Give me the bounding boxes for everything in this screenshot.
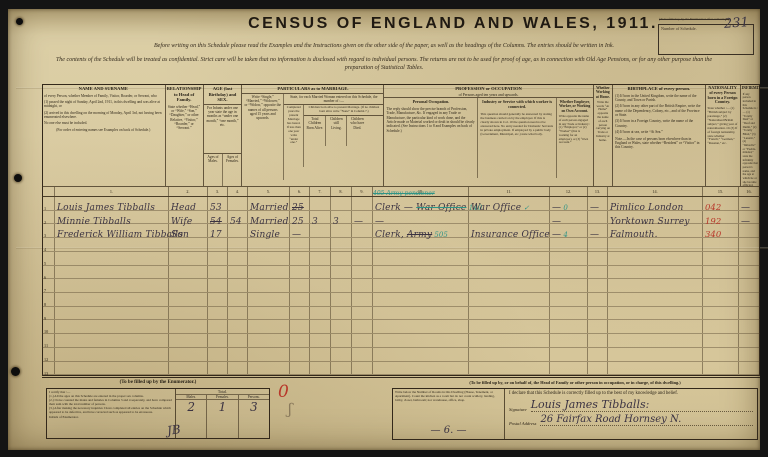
entry-cell xyxy=(227,279,247,292)
entry-cell xyxy=(207,334,227,347)
column-number: 1. xyxy=(54,187,168,196)
column-number: 9. xyxy=(351,187,372,196)
entry-cell xyxy=(289,348,309,361)
col-header-occupation: PROFESSION or OCCUPATION of Persons aged… xyxy=(383,84,592,186)
entry-cell xyxy=(289,279,309,292)
entry-cell xyxy=(289,362,309,375)
entry-cell: — xyxy=(738,197,759,210)
entry-cell xyxy=(330,238,351,251)
row-number-cell: 10 xyxy=(42,320,54,333)
entry-cell xyxy=(351,307,372,320)
entry-cell: — xyxy=(289,224,309,237)
entry-cell xyxy=(587,266,607,279)
entry-cell xyxy=(330,224,351,237)
entry-cell xyxy=(351,334,372,347)
column-number: 6. xyxy=(289,187,309,196)
entry-cell xyxy=(54,362,168,375)
entry-cell xyxy=(351,266,372,279)
entry-cell xyxy=(207,238,227,251)
col-header-at-home: Whether Working at Home. Write the words… xyxy=(593,84,612,186)
entry-cell: 042 xyxy=(702,197,738,210)
entry-cell xyxy=(738,362,759,375)
entry-cell xyxy=(309,266,330,279)
entry-cell xyxy=(247,320,289,333)
entry-cell xyxy=(468,307,549,320)
column-number: 4. xyxy=(227,187,247,196)
row-number-cell: 8 xyxy=(42,293,54,306)
entry-cell xyxy=(607,307,702,320)
entry-cell xyxy=(587,334,607,347)
entry-cell xyxy=(549,238,587,251)
col-header-employer-worker: Whether Employer, Worker, or Working on … xyxy=(556,98,593,178)
column-number: 7. xyxy=(309,187,330,196)
row-number-cell: 11 xyxy=(42,334,54,347)
entry-cell xyxy=(207,348,227,361)
entry-cell xyxy=(227,252,247,265)
entry-cell xyxy=(607,266,702,279)
row-number-cell: 3 xyxy=(42,224,54,237)
entry-cell xyxy=(227,334,247,347)
entry-cell xyxy=(247,279,289,292)
entry-cell xyxy=(54,307,168,320)
row-number-cell: 6 xyxy=(42,266,54,279)
row-number-cell: 5 xyxy=(42,252,54,265)
punch-hole xyxy=(11,367,20,376)
handwritten-entry: 405 Army pensioner xyxy=(373,190,435,197)
entry-cell xyxy=(372,252,468,265)
col-header-children-died: Children who have Died. xyxy=(346,116,367,146)
table-rows: 1Louis James TibballsHead53Married25405 … xyxy=(42,197,760,376)
table-row: 2Minnie TibballsWife5454Married2533———Yo… xyxy=(42,211,760,225)
entry-cell xyxy=(289,334,309,347)
entry-cell xyxy=(607,279,702,292)
entry-cell xyxy=(549,362,587,375)
entry-cell: 192 xyxy=(702,211,738,224)
enumerator-certification: I certify that :— (1.) All the ages on t… xyxy=(47,389,175,438)
col-header-age: AGE (last Birthday) and SEX. For Infants… xyxy=(203,84,242,186)
entry-cell: — 4 xyxy=(549,224,587,237)
entry-cell: — xyxy=(738,211,759,224)
entry-cell xyxy=(372,334,468,347)
entry-cell xyxy=(227,307,247,320)
entry-cell xyxy=(54,238,168,251)
entry-cell xyxy=(607,320,702,333)
entry-cell: — xyxy=(587,224,607,237)
entry-cell xyxy=(168,334,207,347)
entry-cell xyxy=(587,307,607,320)
entry-cell xyxy=(738,252,759,265)
entry-cell xyxy=(351,238,372,251)
column-number: 12. xyxy=(549,187,587,196)
entry-cell xyxy=(587,293,607,306)
entry-cell xyxy=(587,252,607,265)
rooms-value: — 6. — xyxy=(393,425,504,437)
page-title: CENSUS OF ENGLAND AND WALES, 1911. xyxy=(248,15,658,33)
entry-cell xyxy=(168,307,207,320)
col-header-marital-status: Write “Single,” “Married,” “Widower,” or… xyxy=(242,94,283,180)
postal-address-label: Postal Address xyxy=(509,421,536,426)
table-row: 3Frederick William TibballsSon17Single—C… xyxy=(42,224,760,238)
entry-cell xyxy=(168,266,207,279)
entry-cell xyxy=(738,320,759,333)
entry-cell xyxy=(607,293,702,306)
entry-cell xyxy=(309,348,330,361)
entry-cell xyxy=(330,197,351,210)
entry-cell: 340 xyxy=(702,224,738,237)
entry-cell: 54 xyxy=(207,211,227,224)
entry-cell xyxy=(587,320,607,333)
entry-cell: — xyxy=(372,211,468,224)
entry-cell xyxy=(247,334,289,347)
colnum-gutter xyxy=(42,187,54,196)
row-number-cell: 4 xyxy=(42,238,54,251)
entry-cell xyxy=(738,238,759,251)
entry-cell xyxy=(247,252,289,265)
entry-cell xyxy=(372,307,468,320)
entry-cell xyxy=(207,293,227,306)
entry-cell xyxy=(330,252,351,265)
entry-cell: 17 xyxy=(207,224,227,237)
entry-cell: War Office ✓ xyxy=(468,197,549,210)
entry-cell xyxy=(702,279,738,292)
entry-cell xyxy=(168,348,207,361)
col-header-birthplace: BIRTHPLACE of every person. (1) If born … xyxy=(612,84,704,186)
entry-cell xyxy=(309,252,330,265)
entry-cell: Frederick William Tibballs xyxy=(54,224,168,237)
entry-cell xyxy=(702,348,738,361)
entry-cell xyxy=(54,334,168,347)
col-header-relationship: RELATIONSHIP to Head of Family. State wh… xyxy=(165,84,203,186)
entry-cell: — xyxy=(549,211,587,224)
entry-cell xyxy=(468,334,549,347)
column-number: 13. xyxy=(587,187,607,196)
entry-cell xyxy=(309,307,330,320)
table-row: 5 xyxy=(42,252,760,266)
entry-cell xyxy=(227,224,247,237)
entry-cell xyxy=(372,293,468,306)
entry-cell xyxy=(247,348,289,361)
entry-cell xyxy=(549,320,587,333)
signature-label: Signature xyxy=(509,407,527,412)
entry-cell xyxy=(207,279,227,292)
entry-cell xyxy=(207,362,227,375)
entry-cell xyxy=(289,293,309,306)
entry-cell xyxy=(309,293,330,306)
entry-cell xyxy=(330,334,351,347)
entry-cell xyxy=(738,293,759,306)
entry-cell xyxy=(607,252,702,265)
entry-cell xyxy=(309,238,330,251)
entry-cell xyxy=(54,293,168,306)
entry-cell xyxy=(702,320,738,333)
totals-females-value: 1 xyxy=(206,400,237,438)
entry-cell xyxy=(702,252,738,265)
entry-cell xyxy=(330,266,351,279)
totals-persons-value: 3 xyxy=(238,400,269,438)
enumerator-box: I certify that :— (1.) All the ages on t… xyxy=(46,388,270,439)
initials-label: Initials of Enumerator. xyxy=(49,415,173,419)
entry-cell xyxy=(54,320,168,333)
entry-cell xyxy=(738,348,759,361)
entry-cell xyxy=(702,266,738,279)
entry-cell: 3 xyxy=(309,211,330,224)
entry-cell xyxy=(702,293,738,306)
entry-cell: Wife xyxy=(168,211,207,224)
table-row: 11 xyxy=(42,334,760,348)
totals-table: Total. Males. Females. Persons. 2 1 3 xyxy=(175,389,269,438)
entry-cell xyxy=(54,252,168,265)
entry-cell xyxy=(289,307,309,320)
entry-cell xyxy=(468,211,549,224)
table-row: 13 xyxy=(42,362,760,376)
entry-cell xyxy=(587,348,607,361)
column-number: 14. xyxy=(607,187,702,196)
col-header-children-living: Children still Living. xyxy=(325,116,346,146)
entry-cell xyxy=(309,197,330,210)
table-row: 12 xyxy=(42,348,760,362)
entry-cell xyxy=(702,362,738,375)
entry-cell: Minnie Tibballs xyxy=(54,211,168,224)
entry-cell: 405 Army pensionerClerk — War Office 140 xyxy=(372,197,468,210)
confidential-note: The contents of the Schedule will be tre… xyxy=(44,56,724,72)
table-header: NAME AND SURNAME of every Person, whethe… xyxy=(42,84,760,186)
entry-cell xyxy=(227,293,247,306)
row-number-cell: 1 xyxy=(42,197,54,210)
entry-cell xyxy=(738,279,759,292)
row-number-cell: 9 xyxy=(42,307,54,320)
entry-cell xyxy=(168,279,207,292)
head-of-family-box-title: (To be filled up by, or on behalf of, th… xyxy=(390,380,760,385)
table-row: 9 xyxy=(42,307,760,321)
entry-cell xyxy=(330,307,351,320)
declaration-section: I declare that this Schedule is correctl… xyxy=(505,389,757,439)
entry-cell: Louis James Tibballs xyxy=(54,197,168,210)
entry-cell xyxy=(587,211,607,224)
column-number: 16. xyxy=(738,187,759,196)
punch-hole xyxy=(16,18,23,25)
schedule-number-note: (To be filled up by the Enumerator after… xyxy=(659,18,729,22)
entry-cell xyxy=(247,238,289,251)
census-photo: CENSUS OF ENGLAND AND WALES, 1911. Numbe… xyxy=(0,0,768,457)
entry-cell xyxy=(330,293,351,306)
entry-cell xyxy=(372,279,468,292)
row-number-cell: 7 xyxy=(42,279,54,292)
entry-cell xyxy=(351,224,372,237)
entry-cell xyxy=(351,320,372,333)
entry-cell xyxy=(738,224,759,237)
entry-cell xyxy=(227,266,247,279)
entry-cell xyxy=(468,238,549,251)
entry-cell xyxy=(549,252,587,265)
enumerator-box-title: (To be filled up by the Enumerator.) xyxy=(46,380,270,385)
entry-cell: Married xyxy=(247,197,289,210)
entry-cell xyxy=(372,266,468,279)
entry-cell xyxy=(351,348,372,361)
entry-cell xyxy=(247,293,289,306)
entry-cell xyxy=(549,266,587,279)
table-row: 7 xyxy=(42,279,760,293)
entry-cell xyxy=(549,348,587,361)
entry-cell xyxy=(289,252,309,265)
entry-cell xyxy=(309,224,330,237)
entry-cell: Single xyxy=(247,224,289,237)
entry-cell xyxy=(607,238,702,251)
entry-cell xyxy=(168,320,207,333)
entry-cell xyxy=(351,293,372,306)
entry-cell: 54 xyxy=(227,211,247,224)
entry-cell xyxy=(168,293,207,306)
table-row: 10 xyxy=(42,320,760,334)
entry-cell: 25 xyxy=(289,197,309,210)
row-number: 13 xyxy=(44,371,48,376)
entry-cell xyxy=(468,348,549,361)
entry-cell xyxy=(227,348,247,361)
row-number-cell: 2 xyxy=(42,211,54,224)
rooms-box: Write below the Number of Rooms in this … xyxy=(393,389,505,439)
col-header-personal-occupation: Personal Occupation. The reply should sh… xyxy=(384,98,477,178)
col-header-infirmity: INFIRMITY. If any person included in thi… xyxy=(740,84,760,186)
entry-cell xyxy=(351,279,372,292)
entry-cell xyxy=(207,252,227,265)
entry-cell xyxy=(54,279,168,292)
col-header-nationality: NATIONALITY of every Person born in a Fo… xyxy=(705,84,740,186)
column-number: 3. xyxy=(207,187,227,196)
signature-value: Louis James Tibballs: xyxy=(531,399,753,412)
entry-cell xyxy=(289,266,309,279)
entry-cell xyxy=(207,266,227,279)
col-header-marriage: PARTICULARS as to MARRIAGE. Write “Singl… xyxy=(241,84,383,186)
entry-cell xyxy=(372,320,468,333)
entry-cell xyxy=(168,238,207,251)
column-number: 2. xyxy=(168,187,207,196)
head-of-family-box: Write below the Number of Rooms in this … xyxy=(392,388,758,440)
entry-cell xyxy=(468,266,549,279)
entry-cell xyxy=(207,320,227,333)
entry-cell xyxy=(607,334,702,347)
entry-cell xyxy=(168,362,207,375)
entry-cell: Married xyxy=(247,211,289,224)
col-header-age-males: Ages of Males. xyxy=(204,154,223,187)
entry-cell xyxy=(168,252,207,265)
entry-cell: 3 xyxy=(330,211,351,224)
entry-cell xyxy=(207,307,227,320)
col-header-years-married: Completed years the present Marriage has… xyxy=(284,105,303,167)
entry-cell xyxy=(330,348,351,361)
entry-cell xyxy=(351,362,372,375)
entry-cell: Falmouth. xyxy=(607,224,702,237)
entry-cell xyxy=(702,238,738,251)
postal-address-value: 26 Fairfax Road Hornsey N. xyxy=(540,415,753,427)
entry-cell xyxy=(247,362,289,375)
entry-cell xyxy=(468,362,549,375)
schedule-number-box: Number of Schedule. 231 (To be filled up… xyxy=(658,24,754,55)
entry-cell xyxy=(587,238,607,251)
entry-cell: — xyxy=(351,211,372,224)
entry-cell xyxy=(54,266,168,279)
col-header-age-females: Ages of Females. xyxy=(222,154,241,187)
column-number: 11. xyxy=(468,187,549,196)
entry-cell: Insurance Office xyxy=(468,224,549,237)
entry-cell xyxy=(227,238,247,251)
entry-cell xyxy=(738,307,759,320)
entry-cell xyxy=(289,320,309,333)
col-header-children-born: Total Children Born Alive. xyxy=(304,116,325,146)
entry-cell xyxy=(549,307,587,320)
entry-cell xyxy=(738,266,759,279)
entry-cell: Son xyxy=(168,224,207,237)
entry-cell xyxy=(702,307,738,320)
entry-cell: — 0 xyxy=(549,197,587,210)
punch-hole xyxy=(14,174,22,182)
entry-cell xyxy=(372,238,468,251)
entry-cell: Pimlico London xyxy=(607,197,702,210)
entry-cell xyxy=(468,320,549,333)
entry-cell: Yorktown Surrey xyxy=(607,211,702,224)
entry-cell xyxy=(372,362,468,375)
entry-cell xyxy=(247,266,289,279)
red-annotation-zero: 0 xyxy=(278,382,289,402)
entry-cell xyxy=(468,252,549,265)
entry-cell xyxy=(549,293,587,306)
entry-cell: Head xyxy=(168,197,207,210)
entry-cell xyxy=(54,348,168,361)
entry-cell xyxy=(702,334,738,347)
col-header-name: NAME AND SURNAME of every Person, whethe… xyxy=(42,84,165,186)
entry-cell xyxy=(330,279,351,292)
entry-cell xyxy=(587,362,607,375)
entry-cell xyxy=(227,197,247,210)
entry-cell xyxy=(309,320,330,333)
entry-cell xyxy=(468,279,549,292)
entry-cell: Clerk, Army 505 xyxy=(372,224,468,237)
entry-cell xyxy=(309,334,330,347)
instruction-line: Before writing on this Schedule please r… xyxy=(64,43,704,49)
entry-cell xyxy=(247,307,289,320)
entry-cell xyxy=(607,348,702,361)
entry-cell xyxy=(738,334,759,347)
table-row: 8 xyxy=(42,293,760,307)
entry-cell: 25 xyxy=(289,211,309,224)
entry-cell xyxy=(372,348,468,361)
entry-cell xyxy=(227,320,247,333)
entry-cell xyxy=(289,238,309,251)
entry-cell: — xyxy=(587,197,607,210)
entry-cell xyxy=(309,362,330,375)
row-number-cell: 12 xyxy=(42,348,54,361)
declaration-text: I declare that this Schedule is correctl… xyxy=(509,391,753,396)
enumerator-initials: JB xyxy=(166,422,182,438)
entry-cell xyxy=(330,320,351,333)
col-header-industry: Industry or Service with which worker is… xyxy=(477,98,555,178)
column-number: 8. xyxy=(330,187,351,196)
table-row: 1Louis James TibballsHead53Married25405 … xyxy=(42,197,760,211)
entry-cell xyxy=(351,252,372,265)
row-number-cell: 13 xyxy=(42,362,54,375)
entry-cell xyxy=(351,197,372,210)
column-number: 5. xyxy=(247,187,289,196)
entry-cell xyxy=(468,293,549,306)
entry-cell xyxy=(607,362,702,375)
entry-cell xyxy=(587,279,607,292)
entry-cell xyxy=(227,362,247,375)
table-row: 4 xyxy=(42,238,760,252)
entry-cell xyxy=(549,334,587,347)
table-row: 6 xyxy=(42,266,760,280)
column-number: 15. xyxy=(702,187,738,196)
entry-cell xyxy=(309,279,330,292)
entry-cell xyxy=(549,279,587,292)
entry-cell xyxy=(330,362,351,375)
